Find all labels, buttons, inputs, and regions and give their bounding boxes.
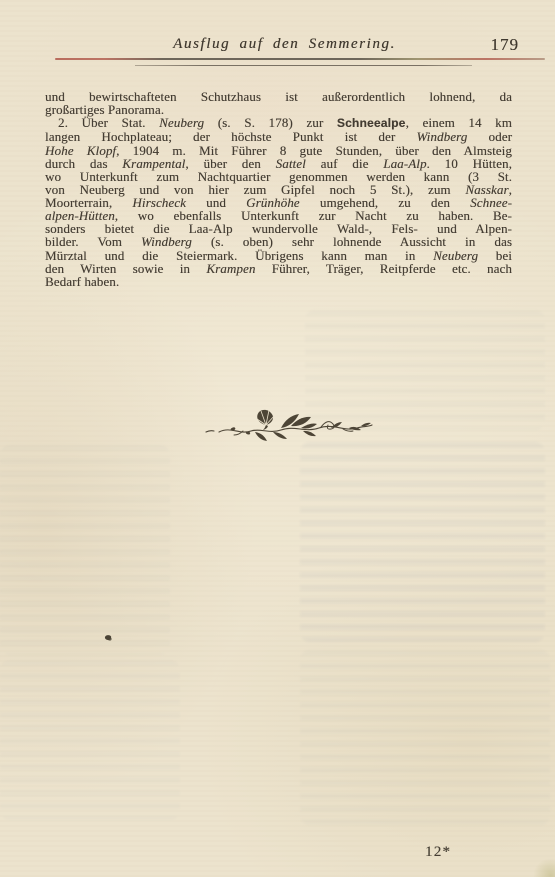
show-through-ghosting (300, 650, 550, 825)
text-run: (s. S. 178) zur (204, 115, 337, 130)
page-number: 179 (491, 35, 520, 55)
header-rule-top (55, 58, 545, 60)
text-run: Neuberg (159, 115, 204, 130)
text-line: Bedarf haben. (45, 275, 512, 288)
ink-fleck (104, 634, 111, 641)
header-rule-bottom (135, 65, 472, 66)
body-text: und bewirtschafteten Schutzhaus ist auße… (45, 90, 512, 288)
text-run: 2. Über Stat. (58, 115, 159, 130)
text-line: 2. Über Stat. Neuberg (s. S. 178) zur Sc… (45, 116, 512, 130)
printers-signature: 12* (425, 844, 451, 861)
text-run: , einem 14 km (406, 115, 512, 130)
floral-vine-vignette-ornament (203, 404, 375, 444)
text-run: Führer, Träger, Reitpferde etc. nach (255, 261, 512, 276)
show-through-ghosting (300, 442, 545, 642)
text-run: Krampen (206, 261, 255, 276)
text-run: Schneealpe (337, 116, 406, 130)
scanned-book-page: Ausflug auf den Semmering. 179 und bewir… (0, 0, 555, 877)
show-through-ghosting (0, 660, 180, 820)
corner-stain (533, 858, 555, 877)
text-run: Bedarf haben. (45, 274, 119, 289)
show-through-ghosting (0, 445, 170, 655)
running-head-title: Ausflug auf den Semmering. (0, 36, 555, 53)
